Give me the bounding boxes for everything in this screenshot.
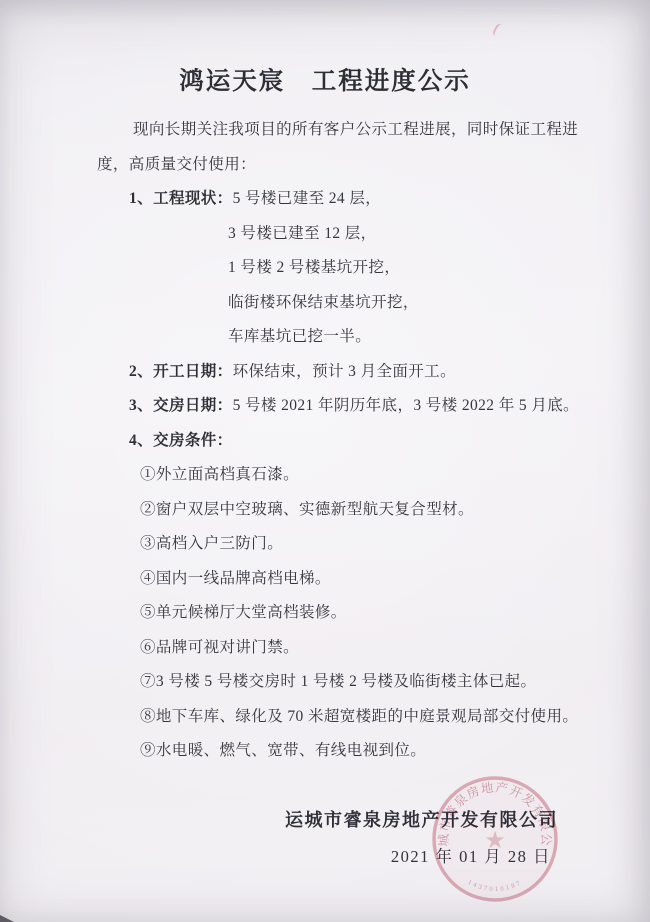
document-body: 现向长期关注我项目的所有客户公示工程进展，同时保证工程进 度，高质量交付使用： … [97, 113, 592, 769]
section-2: 2、开工日期：环保结束，预计 3 月全面开工。 [97, 355, 592, 390]
section-1-subline: 车库基坑已挖一半。 [97, 320, 592, 355]
section-2-label: 开工日期： [153, 363, 233, 380]
section-1-subline: 临街楼环保结束基坑开挖， [97, 286, 592, 321]
section-1-subline: 3 号楼已建至 12 层， [97, 217, 592, 252]
signature-company: 运城市睿泉房地产开发有限公司 [285, 806, 558, 832]
section-1-marker: 1、 [129, 190, 153, 207]
photo-corner-artifact [0, 915, 14, 922]
condition-item-6: ⑥品牌可视对讲门禁。 [97, 631, 592, 666]
condition-item-5: ⑤单元候梯厅大堂高档装修。 [97, 596, 592, 631]
section-1-label: 工程现状： [153, 190, 233, 207]
section-1-subline: 1 号楼 2 号楼基坑开挖， [97, 251, 592, 286]
section-2-text: 环保结束，预计 3 月全面开工。 [233, 363, 456, 380]
section-1-text: 5 号楼已建至 24 层， [233, 190, 382, 207]
condition-item-8: ⑧地下车库、绿化及 70 米超宽楼距的中庭景观局部交付使用。 [97, 700, 592, 735]
intro-line: 现向长期关注我项目的所有客户公示工程进展，同时保证工程进 [97, 113, 592, 148]
condition-item-7: ⑦3 号楼 5 号楼交房时 1 号楼 2 号楼及临街楼主体已起。 [97, 665, 592, 700]
section-2-marker: 2、 [129, 363, 153, 380]
section-4-label: 交房条件： [153, 432, 233, 449]
section-4: 4、交房条件： [97, 424, 592, 459]
section-3-marker: 3、 [129, 397, 153, 414]
page-title: 鸿运天宸 工程进度公示 [0, 62, 650, 97]
document-page: 鸿运天宸 工程进度公示 现向长期关注我项目的所有客户公示工程进展，同时保证工程进… [0, 0, 650, 922]
section-3-text: 5 号楼 2021 年阴历年底，3 号楼 2022 年 5 月底。 [233, 397, 579, 414]
seal-serial-number: 1437010187 [467, 879, 524, 893]
condition-item-1: ①外立面高档真石漆。 [97, 458, 592, 493]
paper-scratch-mark [491, 22, 507, 40]
condition-item-2: ②窗户双层中空玻璃、实德新型航天复合型材。 [97, 493, 592, 528]
section-3: 3、交房日期：5 号楼 2021 年阴历年底，3 号楼 2022 年 5 月底。 [97, 389, 592, 424]
condition-item-3: ③高档入户三防门。 [97, 527, 592, 562]
intro-line: 度，高质量交付使用： [97, 148, 592, 183]
signature-date: 2021 年 01 月 28 日 [391, 843, 551, 867]
section-4-marker: 4、 [129, 432, 153, 449]
svg-text:1437010187: 1437010187 [467, 879, 524, 893]
condition-item-9: ⑨水电暖、燃气、宽带、有线电视到位。 [97, 734, 592, 769]
section-3-label: 交房日期： [153, 397, 233, 414]
section-1: 1、工程现状：5 号楼已建至 24 层， [97, 182, 592, 217]
condition-item-4: ④国内一线品牌高档电梯。 [97, 562, 592, 597]
